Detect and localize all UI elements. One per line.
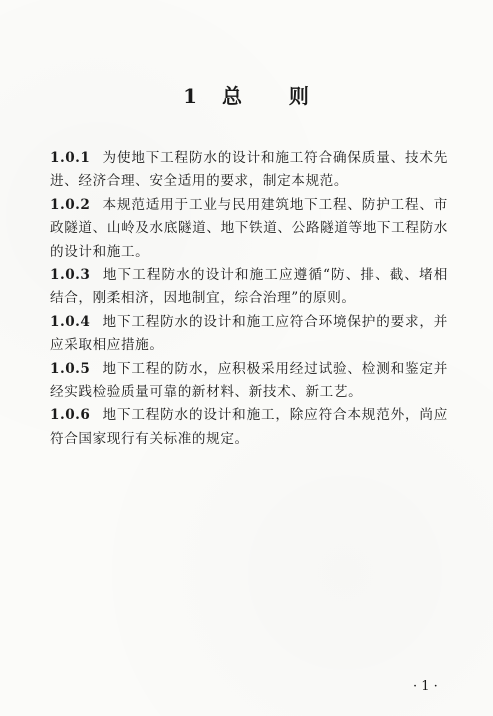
clause-number: 1.0.4 <box>50 314 90 330</box>
clause-1-0-6: 1.0.6地下工程防水的设计和施工，除应符合本规范外，尚应符合国家现行有关标准的… <box>50 404 448 451</box>
clause-1-0-4: 1.0.4地下工程防水的设计和施工应符合环境保护的要求，并应采取相应措施。 <box>50 311 448 358</box>
clause-number: 1.0.2 <box>50 197 90 213</box>
clause-number: 1.0.6 <box>50 407 90 423</box>
chapter-title-char-1: 总 <box>222 84 243 108</box>
chapter-number: 1 <box>183 84 198 108</box>
clause-1-0-2: 1.0.2本规范适用于工业与民用建筑地下工程、防护工程、市政隧道、山岭及水底隧道… <box>50 194 448 264</box>
chapter-title-char-2: 则 <box>289 84 310 108</box>
clause-text: 地下工程防水的设计和施工应符合环境保护的要求，并应采取相应措施。 <box>50 314 448 353</box>
clause-text: 为使地下工程防水的设计和施工符合确保质量、技术先进、经济合理、安全适用的要求，制… <box>50 150 448 189</box>
clause-number: 1.0.1 <box>50 150 90 166</box>
clause-text: 地下工程防水的设计和施工应遵循“防、排、截、堵相结合，刚柔相济，因地制宜，综合治… <box>50 267 448 306</box>
clause-1-0-1: 1.0.1为使地下工程防水的设计和施工符合确保质量、技术先进、经济合理、安全适用… <box>50 147 448 194</box>
page-number: · 1 · <box>413 679 438 694</box>
clause-number: 1.0.3 <box>50 267 90 283</box>
document-page: 1 总 则 1.0.1为使地下工程防水的设计和施工符合确保质量、技术先进、经济合… <box>0 0 493 716</box>
clause-text: 本规范适用于工业与民用建筑地下工程、防护工程、市政隧道、山岭及水底隧道、地下铁道… <box>50 197 448 260</box>
clause-1-0-5: 1.0.5地下工程的防水，应积极采用经过试验、检测和鉴定并经实践检验质量可靠的新… <box>50 358 448 405</box>
clause-1-0-3: 1.0.3地下工程防水的设计和施工应遵循“防、排、截、堵相结合，刚柔相济，因地制… <box>50 264 448 311</box>
clause-list: 1.0.1为使地下工程防水的设计和施工符合确保质量、技术先进、经济合理、安全适用… <box>50 147 448 451</box>
clause-number: 1.0.5 <box>50 361 90 377</box>
clause-text: 地下工程防水的设计和施工，除应符合本规范外，尚应符合国家现行有关标准的规定。 <box>50 407 448 446</box>
chapter-heading: 1 总 则 <box>0 80 493 109</box>
clause-text: 地下工程的防水，应积极采用经过试验、检测和鉴定并经实践检验质量可靠的新材料、新技… <box>50 361 448 400</box>
